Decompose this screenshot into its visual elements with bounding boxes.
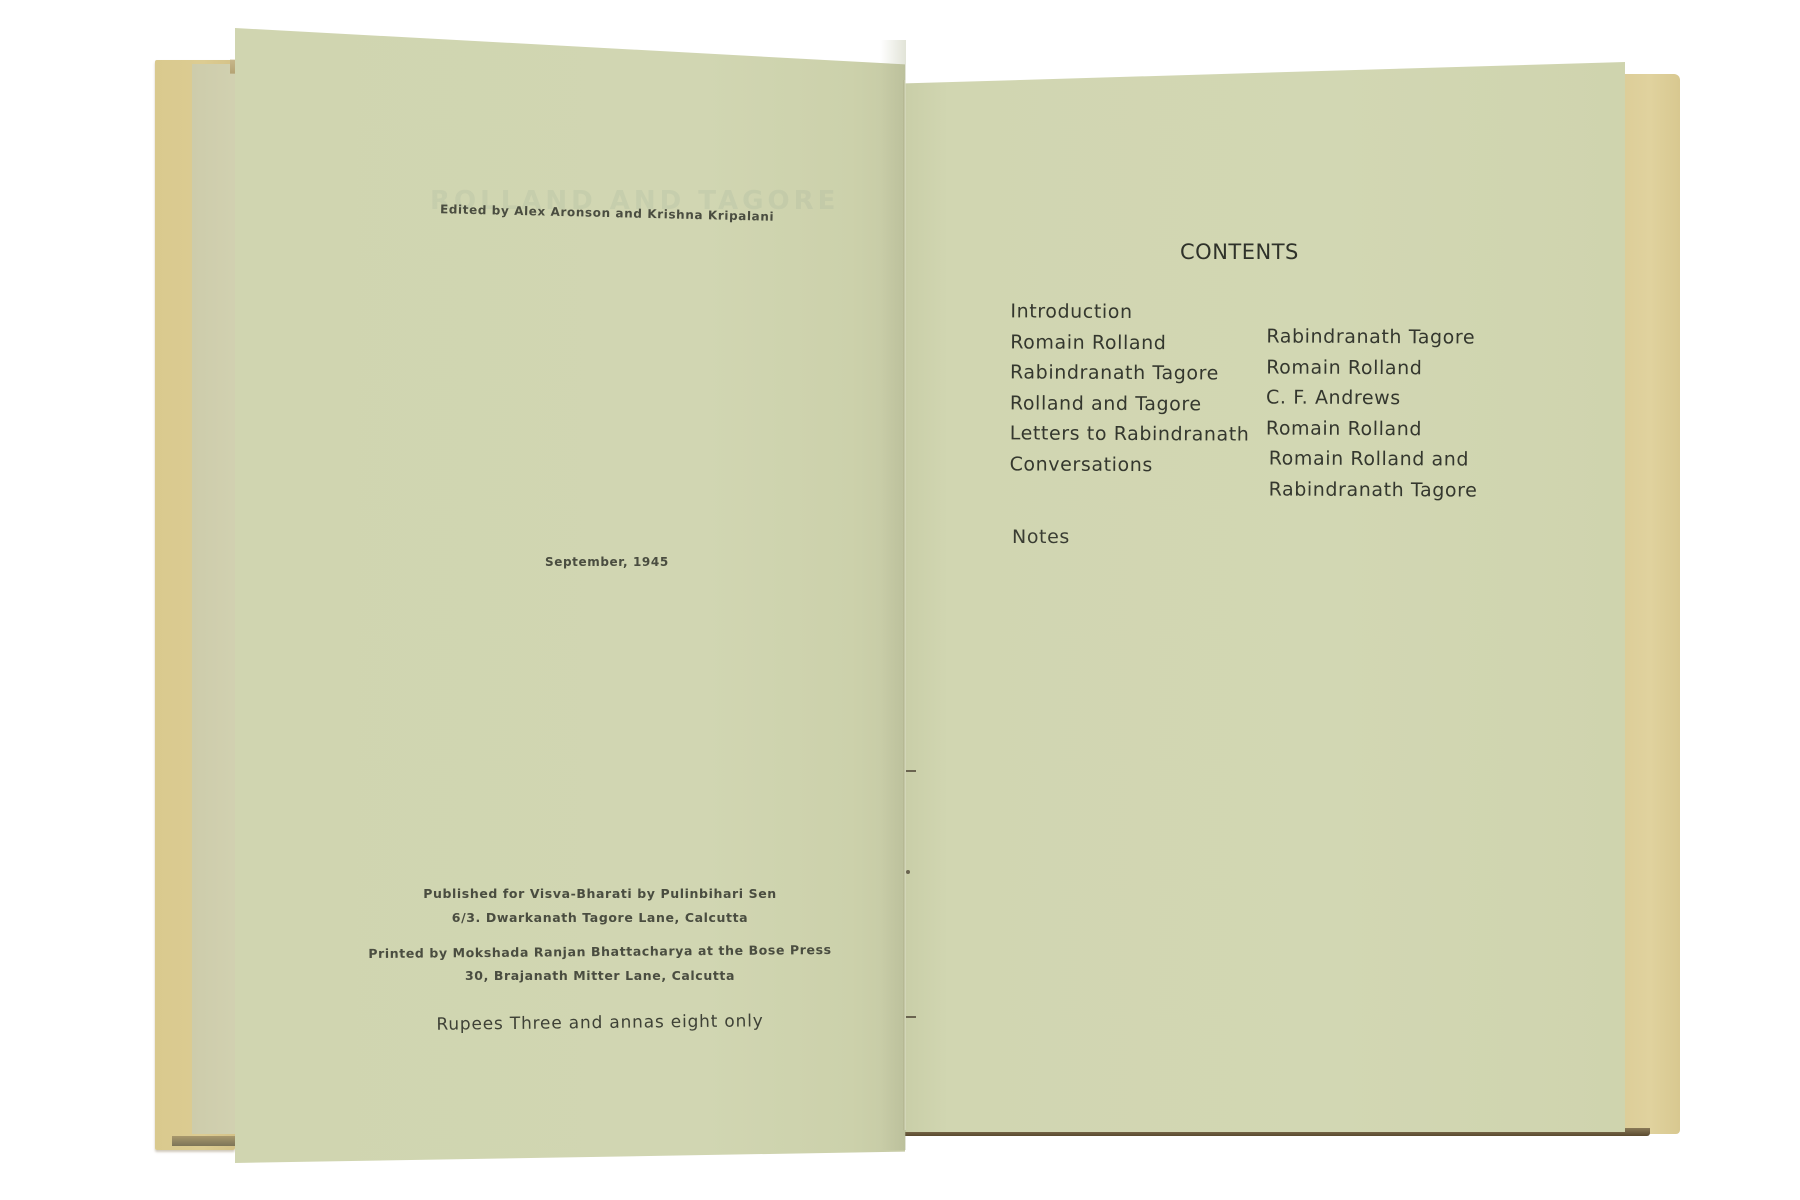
toc-author: Romain Rolland	[1266, 352, 1478, 384]
printer-address: 30, Brajanath Mitter Lane, Calcutta	[350, 968, 850, 983]
toc-title: Romain Rolland	[1010, 327, 1250, 359]
toc-title: Letters to Rabindranath	[1010, 418, 1250, 450]
back-cover-right	[1620, 74, 1680, 1134]
book-gutter	[903, 80, 906, 1130]
toc-author: Rabindranath Tagore	[1266, 321, 1478, 353]
toc-title: Rabindranath Tagore	[1010, 357, 1250, 389]
binding-stitch	[906, 1016, 916, 1018]
toc-title: Introduction	[1010, 296, 1250, 328]
toc-authors: Rabindranath Tagore Romain Rolland C. F.…	[1266, 321, 1479, 505]
toc-title: Rolland and Tagore	[1010, 388, 1250, 420]
publication-date: September, 1945	[545, 555, 669, 569]
toc-title: Conversations	[1010, 449, 1250, 481]
binding-stitch	[906, 770, 916, 772]
binding-stitch	[906, 870, 910, 874]
toc-author: C. F. Andrews	[1266, 382, 1478, 414]
publisher-address: 6/3. Dwarkanath Tagore Lane, Calcutta	[350, 910, 850, 925]
publisher-line: Published for Visva-Bharati by Pulinbiha…	[350, 886, 850, 901]
contents-heading: CONTENTS	[1180, 240, 1299, 264]
toc-author: Romain Rolland and	[1266, 443, 1478, 475]
right-page	[905, 62, 1625, 1132]
toc-titles: Introduction Romain Rolland Rabindranath…	[1010, 296, 1251, 480]
toc-author: Rabindranath Tagore	[1266, 474, 1478, 506]
toc-notes: Notes	[1012, 526, 1070, 548]
toc-author: Romain Rolland	[1266, 413, 1478, 445]
